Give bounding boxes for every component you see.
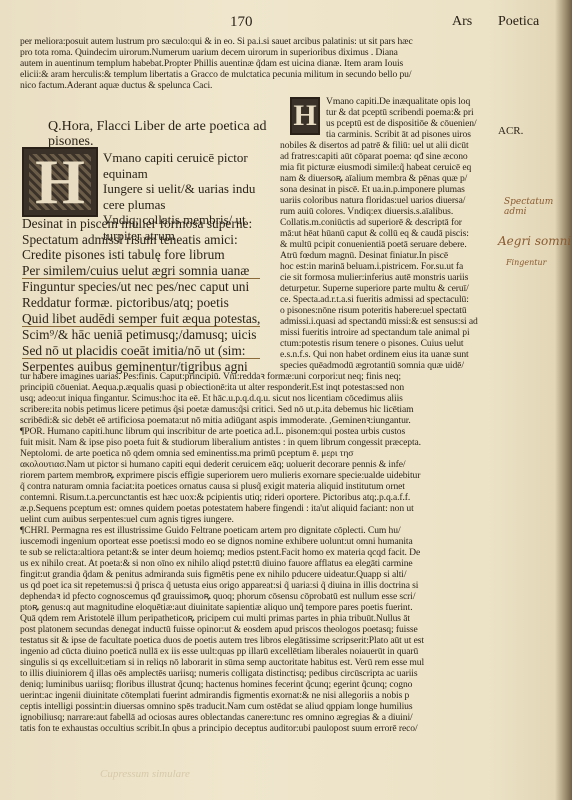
text-line: elicii:& aram herculis:& templum liberta… <box>20 69 552 80</box>
work-title: Q.Hora, Flacci Liber de arte poetica ad … <box>48 119 266 149</box>
top-commentary: per meliora:posuit autem lustrum pro sæc… <box>20 36 552 91</box>
text-line: pro tota roma. Quindecim uirorum.Numerum… <box>20 47 552 58</box>
commentary-beside-initial: Vmano capiti.De inæqualitate opis loq tu… <box>326 96 477 140</box>
text-line: autem in auentinum templum habebat.Propt… <box>20 58 552 69</box>
running-head-right: Poetica <box>498 14 539 30</box>
show-through-text: Cupressum simulare <box>100 768 190 780</box>
commentary-right-column: nobiles & disertos ad patrē & filiū: uel… <box>280 140 478 371</box>
bottom-commentary: tur habere imagines uarias. Pes:finis. C… <box>20 371 554 734</box>
handwritten-note: Spectatum admi <box>504 197 572 217</box>
text-line: nico factum.Aderant aquæ ductus & spelun… <box>20 80 552 91</box>
margin-note-acr: ACR. <box>498 125 523 137</box>
verse-main: Desinat in piscem mulier formosa superne… <box>22 216 260 375</box>
running-header: 170 Ars Poetica <box>0 14 572 34</box>
running-head-left: Ars <box>452 14 472 30</box>
text-line: per meliora:posuit autem lustrum pro sæc… <box>20 36 552 47</box>
book-page: 170 Ars Poetica per meliora:posuit autem… <box>0 0 572 800</box>
handwritten-note: Fingentur <box>506 258 546 267</box>
page-number: 170 <box>230 14 253 31</box>
handwritten-note: Aegri somni <box>498 234 571 248</box>
decorated-initial-h-small-icon: H <box>290 97 320 135</box>
decorated-initial-h-icon: H <box>22 147 98 217</box>
